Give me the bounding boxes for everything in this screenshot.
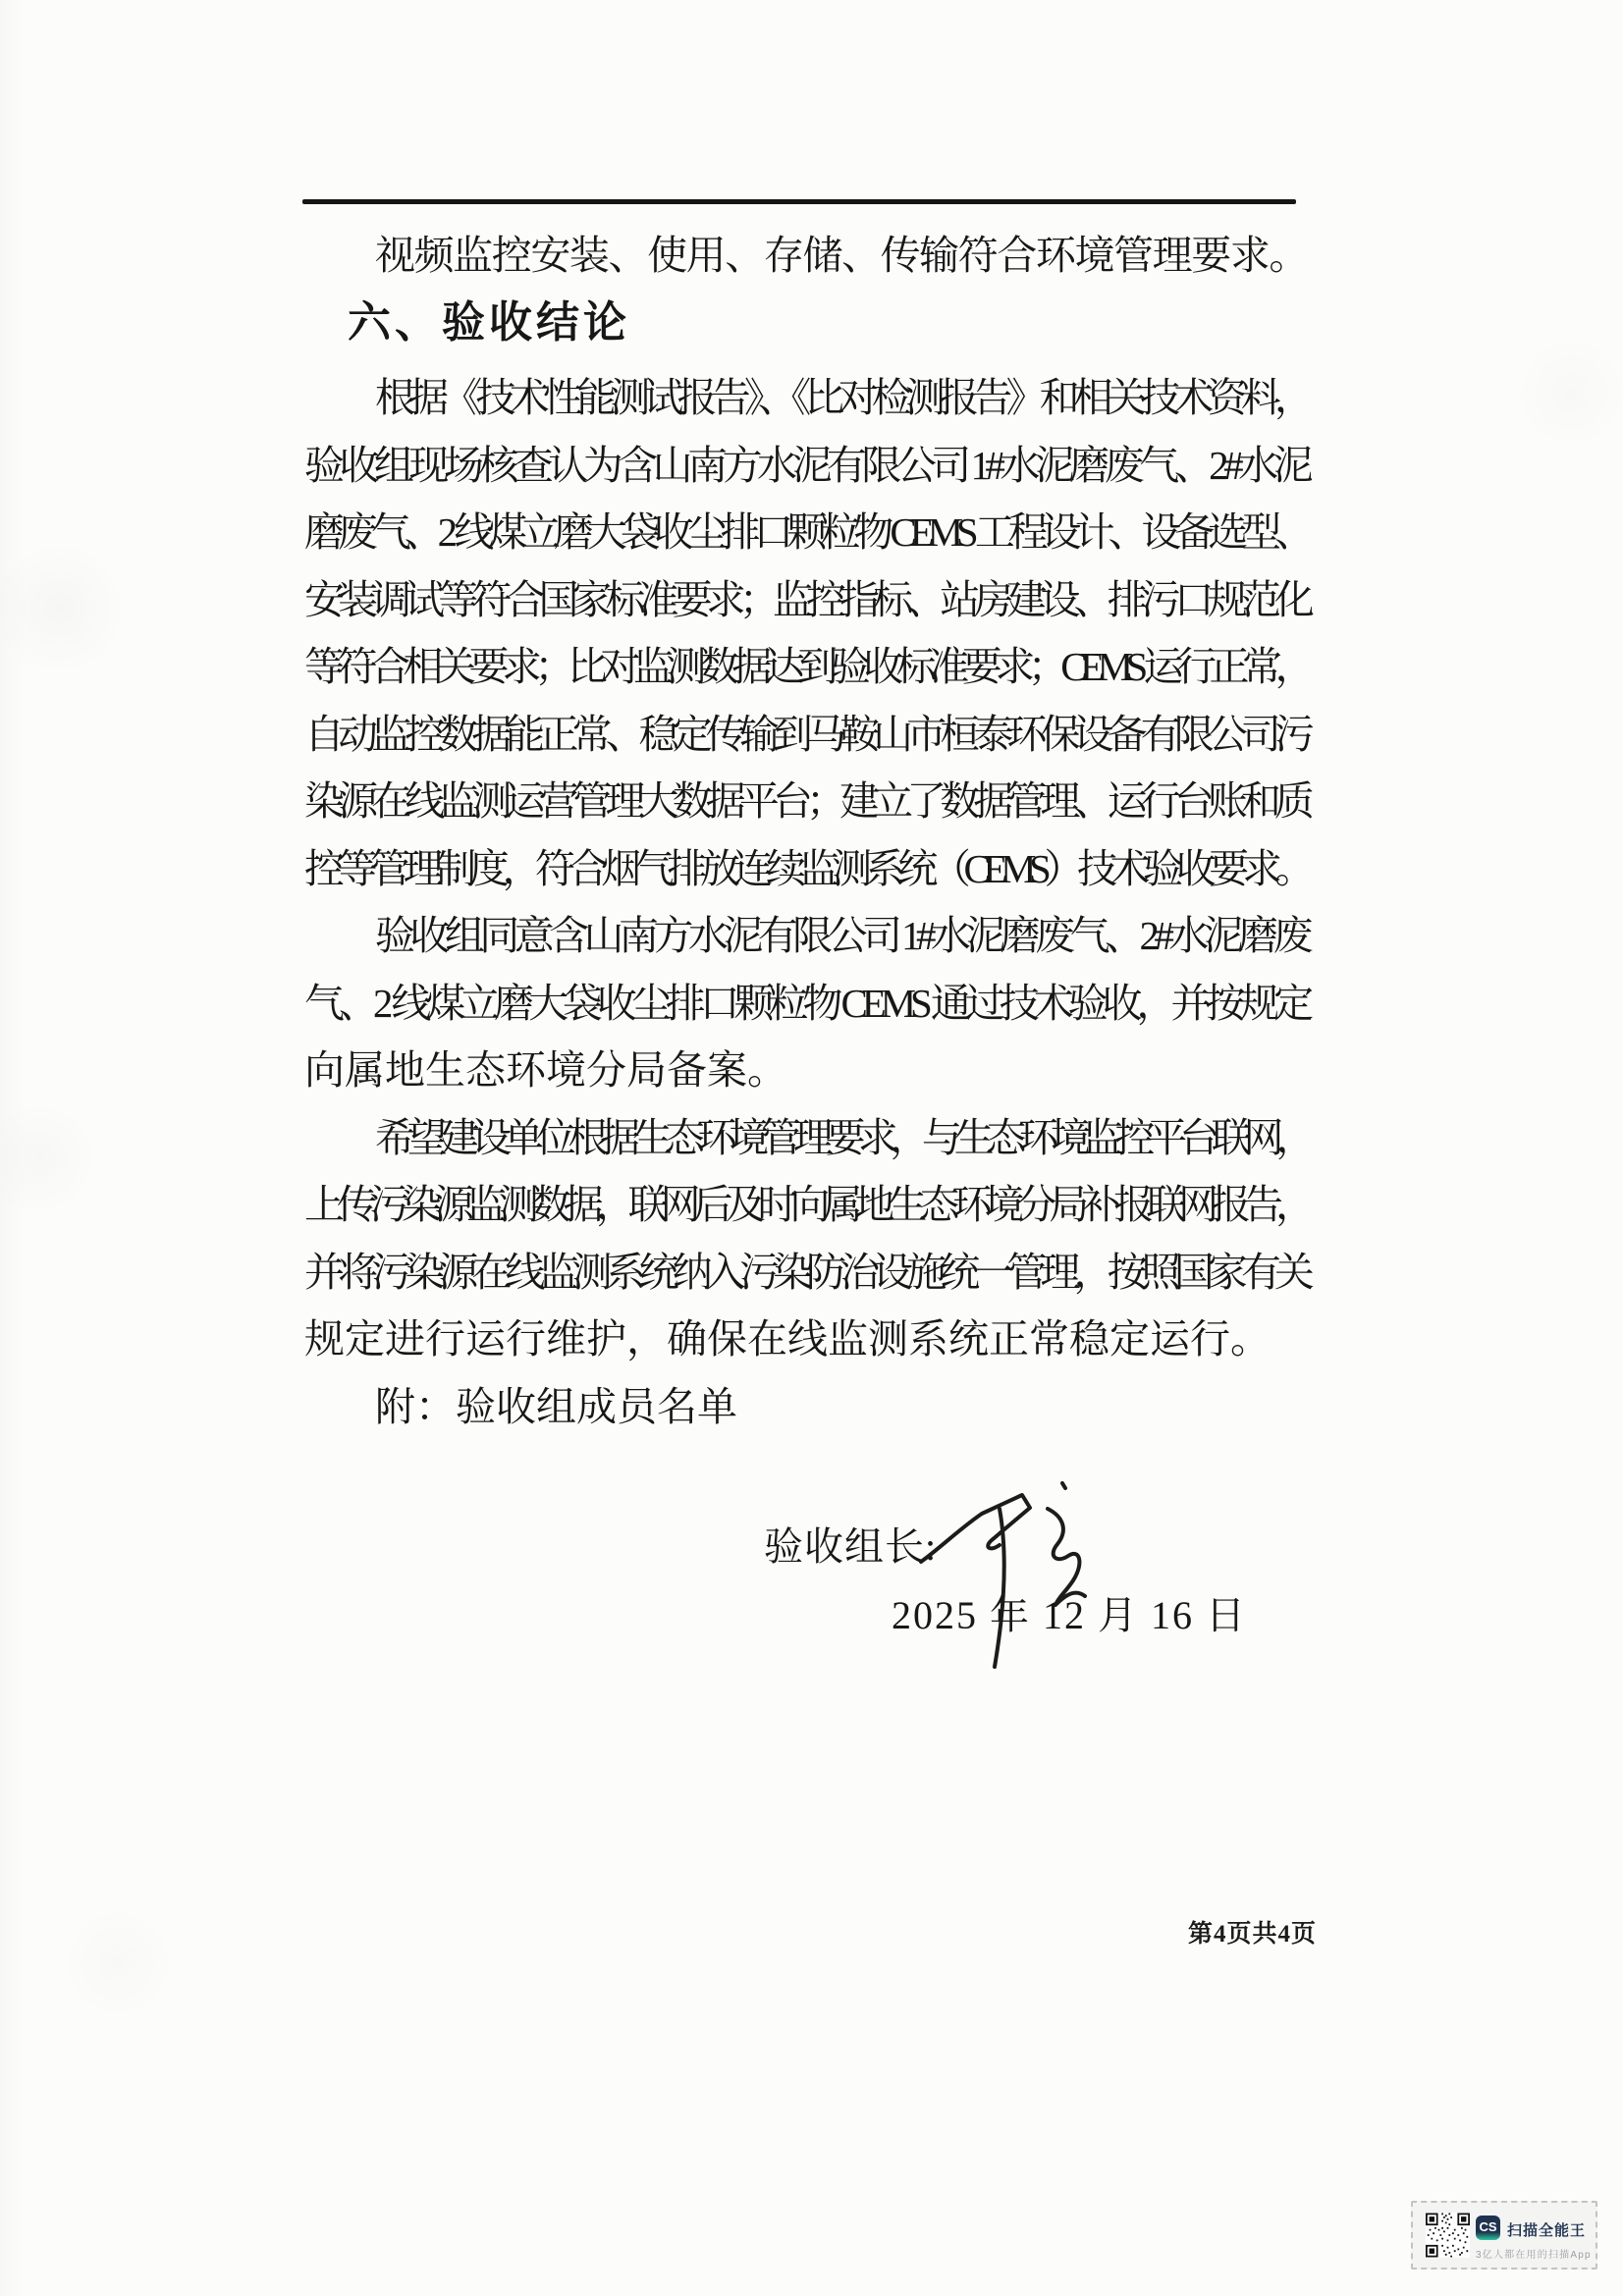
signature-date: 2025 年 12 月 16 日 [892, 1592, 1247, 1639]
text-line: 自动监控数据能正常、稳定传输到马鞍山市桓泰环保设备有限公司污 [304, 701, 1308, 769]
camscanner-watermark: CS 扫描全能王 3亿人都在用的扫描App [1411, 2201, 1597, 2269]
text-line: 染源在线监测运营管理大数据平台；建立了数据管理、运行台账和质 [304, 768, 1308, 835]
text-line: 上传污染源监测数据，联网后及时向属地生态环境分局补报联网报告， [304, 1171, 1308, 1239]
text-line: 根据《技术性能测试报告》、《比对检测报告》和相关技术资料， [304, 364, 1308, 432]
text-line: 等符合相关要求；比对监测数据达到验收标准要求；CEMS 运行正常， [304, 633, 1308, 701]
camscanner-app-icon-label: CS [1479, 2220, 1496, 2233]
handwritten-signature-icon [884, 1468, 1109, 1683]
header-rule [302, 199, 1296, 204]
text-line: 磨废气、2 线煤立磨大袋收尘排口颗粒物 CEMS 工程设计、设备选型、 [304, 499, 1308, 566]
watermark-tagline: 3亿人都在用的扫描App [1476, 2246, 1592, 2261]
text-line: 规定进行运行维护，确保在线监测系统正常稳定运行。 [304, 1306, 1308, 1373]
scanned-document-page: 视频监控安装、使用、存储、传输符合环境管理要求。六、验收结论根据《技术性能测试报… [0, 0, 1623, 2296]
text-line: 气、2 线煤立磨大袋收尘排口颗粒物 CEMS 通过技术验收，并按规定 [304, 970, 1308, 1038]
text-line: 视频监控安装、使用、存储、传输符合环境管理要求。 [304, 222, 1308, 290]
text-line: 并将污染源在线监测系统纳入污染防治设施统一管理，按照国家有关 [304, 1239, 1308, 1307]
text-line: 希望建设单位根据生态环境管理要求，与生态环境监控平台联网， [304, 1104, 1308, 1172]
text-line: 安装调试等符合国家标准要求；监控指标、站房建设、排污口规范化 [304, 566, 1308, 634]
text-line: 附：验收组成员名单 [304, 1373, 1308, 1441]
text-line: 验收组同意含山南方水泥有限公司 1#水泥磨废气、2#水泥磨废 [304, 902, 1308, 970]
watermark-app-name: 扫描全能王 [1507, 2219, 1586, 2240]
text-line: 验收组现场核查认为含山南方水泥有限公司 1#水泥磨废气、2#水泥 [304, 432, 1308, 500]
text-line: 控等管理制度，符合烟气排放连续监测系统（CEMS）技术验收要求。 [304, 835, 1308, 903]
camscanner-app-icon: CS [1476, 2216, 1500, 2240]
document-body: 视频监控安装、使用、存储、传输符合环境管理要求。六、验收结论根据《技术性能测试报… [304, 222, 1308, 1440]
section-heading: 六、验收结论 [304, 290, 1308, 357]
page-number: 第4页共4页 [1188, 1914, 1317, 1949]
qr-code-icon [1426, 2213, 1470, 2258]
text-line: 向属地生态环境分局备案。 [304, 1037, 1308, 1104]
